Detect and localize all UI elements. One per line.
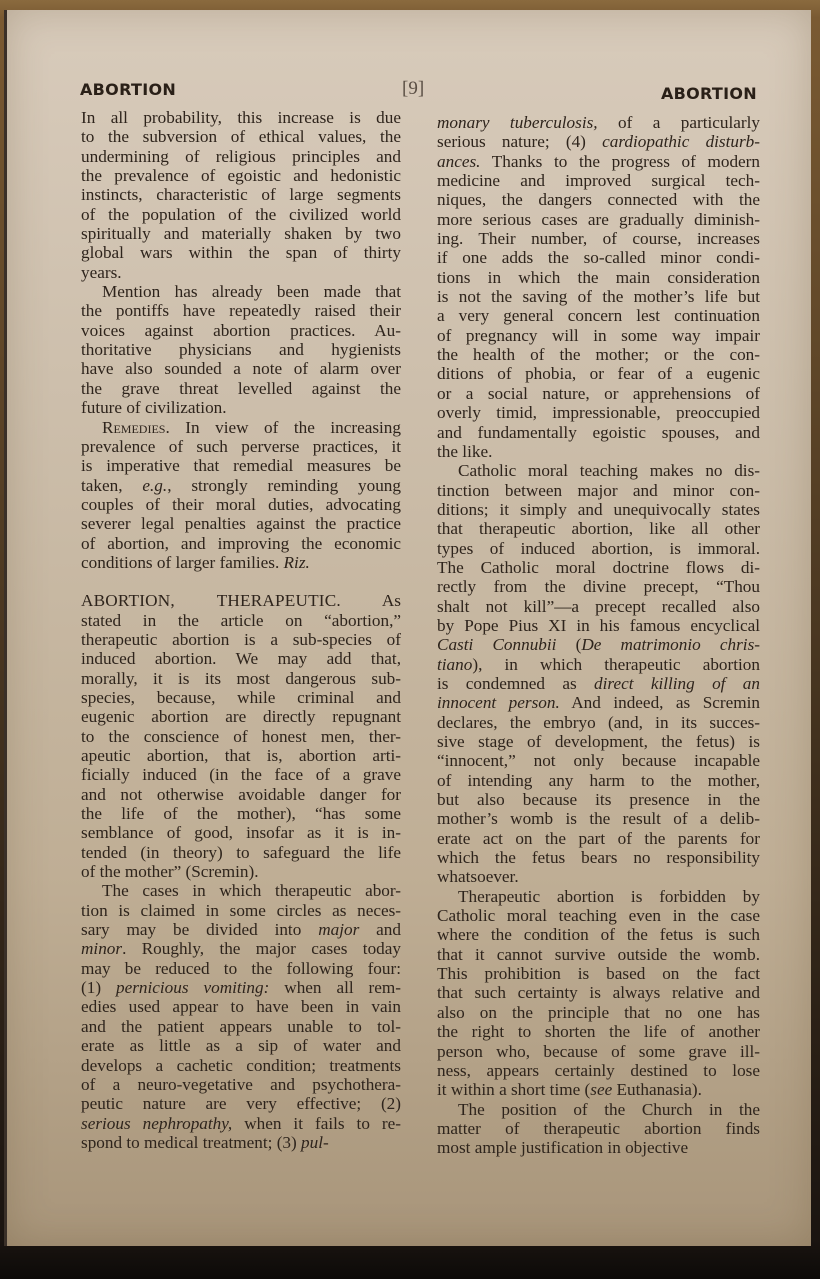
text-line: In all probability, this increase is due	[81, 108, 401, 127]
text-line: ances. Thanks to the progress of modern	[437, 152, 760, 171]
text-line: overly timid, impressionable, preoccupie…	[437, 403, 760, 422]
text-line: therapeutic abortion is a sub-species of	[81, 630, 401, 649]
text-line: matter of therapeutic abortion finds	[437, 1119, 760, 1138]
text-line: the pontiffs have repeatedly raised thei…	[81, 301, 401, 320]
text-line: “innocent,” not only because incapable	[437, 751, 760, 770]
text-line: the like.	[437, 442, 760, 461]
text-line: which the fetus bears no responsibility	[437, 848, 760, 867]
text-line: apeutic abortion, that is, abortion arti…	[81, 746, 401, 765]
text-line: that therapeutic abortion, like all othe…	[437, 519, 760, 538]
text-line: thoritative physicians and hygienists	[81, 340, 401, 359]
text-line: is not the saving of the mother’s life b…	[437, 287, 760, 306]
text-line: ABORTION, THERAPEUTIC. As	[81, 591, 401, 610]
paragraph: Therapeutic abortion is forbidden byCath…	[437, 887, 760, 1100]
text-line: Mention has already been made that	[81, 282, 401, 301]
text-line: by Pope Pius XI in his famous encyclical	[437, 616, 760, 635]
text-line: tiano), in which therapeutic abortion	[437, 655, 760, 674]
paragraph: monary tuberculosis, of a particularlyse…	[437, 113, 760, 461]
text-line: future of civilization.	[81, 398, 401, 417]
page-header: ABORTION [9] ABORTION	[0, 78, 820, 108]
text-line: of intending any harm to the mother,	[437, 771, 760, 790]
text-line: conditions of larger families. Riz.	[81, 553, 401, 572]
text-line: serious nature; (4) cardiopathic disturb…	[437, 132, 760, 151]
text-line: have also sounded a note of alarm over	[81, 359, 401, 378]
text-line: species, because, while criminal and	[81, 688, 401, 707]
text-line: tion is claimed in some circles as neces…	[81, 901, 401, 920]
text-line: of pregnancy will in some way impair	[437, 326, 760, 345]
text-line: of abortion, and improving the economic	[81, 534, 401, 553]
text-line: stated in the article on “abortion,”	[81, 611, 401, 630]
text-line: niques, the dangers connected with the	[437, 190, 760, 209]
text-line: most ample justification in objective	[437, 1138, 760, 1157]
text-line: that such certainty is always relative a…	[437, 983, 760, 1002]
text-line: and fundamentally egoistic spouses, and	[437, 423, 760, 442]
text-line: of the mother” (Scremin).	[81, 862, 401, 881]
text-line: erate as little as a sip of water and	[81, 1036, 401, 1055]
text-line: years.	[81, 263, 401, 282]
text-line: ficially induced (in the face of a grave	[81, 765, 401, 784]
text-line: mother’s womb is the result of a delib-	[437, 809, 760, 828]
text-line: and not otherwise avoidable danger for	[81, 785, 401, 804]
text-line: Remedies. In view of the increasing	[81, 418, 401, 437]
right-column: monary tuberculosis, of a particularlyse…	[437, 113, 760, 1158]
text-line: prevalence of such perverse practices, i…	[81, 437, 401, 456]
text-line: monary tuberculosis, of a particularly	[437, 113, 760, 132]
text-line: couples of their moral duties, advocatin…	[81, 495, 401, 514]
text-line: the prevalence of egoistic and hedonisti…	[81, 166, 401, 185]
dictionary-entry: ABORTION, THERAPEUTIC. Asstated in the a…	[81, 591, 401, 881]
text-line: minor. Roughly, the major cases today	[81, 939, 401, 958]
text-line: severer legal penalties against the prac…	[81, 514, 401, 533]
paragraph: Catholic moral teaching makes no dis-tin…	[437, 461, 760, 887]
text-line: is imperative that remedial measures be	[81, 456, 401, 475]
text-line: person who, because of some grave ill-	[437, 1042, 760, 1061]
text-line: sary may be divided into major and	[81, 920, 401, 939]
text-line: may be reduced to the following four:	[81, 959, 401, 978]
text-line: voices against abortion practices. Au-	[81, 321, 401, 340]
paragraph: Mention has already been made thatthe po…	[81, 282, 401, 417]
text-line: spond to medical treatment; (3) pul-	[81, 1133, 401, 1152]
paragraph: The position of the Church in thematter …	[437, 1100, 760, 1158]
page-number: [9]	[402, 78, 424, 100]
text-line: innocent person. And indeed, as Scremin	[437, 693, 760, 712]
text-line: it within a short time (see Euthanasia).	[437, 1080, 760, 1099]
text-line: This prohibition is based on the fact	[437, 964, 760, 983]
text-line: ing. Their number, of course, increases	[437, 229, 760, 248]
text-line: global wars within the span of thirty	[81, 243, 401, 262]
paragraph: The cases in which therapeutic abor-tion…	[81, 881, 401, 1152]
text-line: declares, the embryo (and, in its succes…	[437, 713, 760, 732]
text-line: peutic nature are very effective; (2)	[81, 1094, 401, 1113]
text-line: undermining of religious principles and	[81, 147, 401, 166]
text-line: to the conscience of honest men, ther-	[81, 727, 401, 746]
section-lead: Remedies.	[102, 418, 170, 437]
text-line: if one adds the so-called minor condi-	[437, 248, 760, 267]
running-head-left: ABORTION	[80, 80, 176, 99]
text-line: whatsoever.	[437, 867, 760, 886]
text-line: develops a cachetic condition; treatment…	[81, 1056, 401, 1075]
text-line: eugenic abortion are directly repugnant	[81, 707, 401, 726]
text-line: Catholic moral teaching even in the case	[437, 906, 760, 925]
text-line: The position of the Church in the	[437, 1100, 760, 1119]
text-line: induced abortion. We may add that,	[81, 649, 401, 668]
text-line: medicine and improved surgical tech-	[437, 171, 760, 190]
text-line: erate act on the part of the parents for	[437, 829, 760, 848]
text-line: instincts, characteristic of large segme…	[81, 185, 401, 204]
text-line: tions in which the main consideration	[437, 268, 760, 287]
text-line: the grave threat levelled against the	[81, 379, 401, 398]
text-line: ness, appears certainly destined to lose	[437, 1061, 760, 1080]
left-column: In all probability, this increase is due…	[81, 108, 401, 1152]
text-line: the right to shorten the life of another	[437, 1022, 760, 1041]
text-line: more serious cases are gradually diminis…	[437, 210, 760, 229]
text-line: that it cannot survive outside the womb.	[437, 945, 760, 964]
text-line: to the subversion of ethical values, the	[81, 127, 401, 146]
text-line: morally, it is its most dangerous sub-	[81, 669, 401, 688]
text-line: The cases in which therapeutic abor-	[81, 881, 401, 900]
text-line: sive stage of development, the fetus) is	[437, 732, 760, 751]
text-line: shalt not kill”—a precept recalled also	[437, 597, 760, 616]
text-line: rectly from the divine precept, “Thou	[437, 577, 760, 596]
text-line: ditions; it simply and unequivocally sta…	[437, 500, 760, 519]
paragraph: Remedies. In view of the increasingpreva…	[81, 418, 401, 573]
text-line: the life of the mother), “has some	[81, 804, 401, 823]
paragraph: In all probability, this increase is due…	[81, 108, 401, 282]
text-line: types of induced abortion, is immoral.	[437, 539, 760, 558]
text-line: edies used appear to have been in vain	[81, 997, 401, 1016]
text-line: tended (in theory) to safeguard the life	[81, 843, 401, 862]
text-line: ditions of phobia, or fear of a eugenic	[437, 364, 760, 383]
text-line: where the condition of the fetus is such	[437, 925, 760, 944]
text-line: serious nephropathy, when it fails to re…	[81, 1114, 401, 1133]
text-line: taken, e.g., strongly reminding young	[81, 476, 401, 495]
text-line: of the population of the civilized world	[81, 205, 401, 224]
text-line: a very general concern lest continuation	[437, 306, 760, 325]
running-head-right: ABORTION	[661, 84, 757, 103]
text-line: and the patient appears unable to tol-	[81, 1017, 401, 1036]
text-line: (1) pernicious vomiting: when all rem-	[81, 978, 401, 997]
text-line: of a neuro-vegetative and psychothera-	[81, 1075, 401, 1094]
text-line: the health of the mother; or the con-	[437, 345, 760, 364]
text-line: semblance of good, insofar as it is in-	[81, 823, 401, 842]
text-line: but also because its presence in the	[437, 790, 760, 809]
text-line: The Catholic moral doctrine flows di-	[437, 558, 760, 577]
text-line: or a social nature, or apprehensions of	[437, 384, 760, 403]
text-line: Catholic moral teaching makes no dis-	[437, 461, 760, 480]
text-line: spiritually and materially shaken by two	[81, 224, 401, 243]
text-line: is condemned as direct killing of an	[437, 674, 760, 693]
text-line: Therapeutic abortion is forbidden by	[437, 887, 760, 906]
text-line: tinction between major and minor con-	[437, 481, 760, 500]
text-line: Casti Connubii (De matrimonio chris-	[437, 635, 760, 654]
entry-title: ABORTION, THERAPEUTIC.	[81, 591, 341, 610]
text-line: also on the principle that no one has	[437, 1003, 760, 1022]
